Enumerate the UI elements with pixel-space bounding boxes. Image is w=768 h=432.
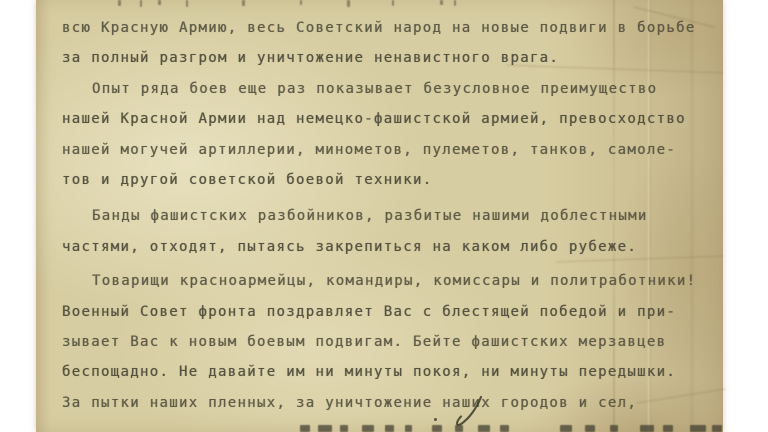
cutoff-text-fragment xyxy=(690,425,706,432)
text-line: беспощадно. Не давайте им ни минуты поко… xyxy=(62,357,710,387)
cutoff-text-fragment xyxy=(318,425,332,432)
text-line: нашей могучей артиллерии, минометов, пул… xyxy=(62,135,710,165)
cutoff-text-fragment xyxy=(340,425,348,432)
text-line: Опыт ряда боев еще раз показывает безусл… xyxy=(62,74,710,104)
text-line: за полный разгром и уничтожение ненавист… xyxy=(62,43,710,73)
cutoff-text-fragment xyxy=(478,425,490,432)
cutoff-text-fragment xyxy=(663,425,673,432)
cutoff-text-fragment xyxy=(455,425,463,432)
cutoff-text-fragment xyxy=(300,425,310,432)
text-line: зывает Вас к новым боевым подвигам. Бейт… xyxy=(62,327,710,357)
cutoff-text-fragment xyxy=(712,425,722,432)
text-line: За пытки наших пленных, за уничтожение н… xyxy=(62,388,710,418)
document-text: всю Красную Армию, весь Советский народ … xyxy=(62,0,710,418)
cutoff-text-fragment xyxy=(560,425,572,432)
text-line: Банды фашистских разбойников, разбитые н… xyxy=(62,201,710,231)
cutoff-text-fragment xyxy=(610,425,618,432)
cutoff-text-fragment xyxy=(405,425,412,432)
text-line: Товарищи красноармейцы, командиры, комис… xyxy=(62,266,710,296)
paragraph: Банды фашистских разбойников, разбитые н… xyxy=(62,201,710,262)
cutoff-text-fragment xyxy=(385,425,394,432)
text-line: частями, отходят, пытаясь закрепиться на… xyxy=(62,232,710,262)
paragraph: Товарищи красноармейцы, командиры, комис… xyxy=(62,266,710,418)
paragraph: Опыт ряда боев еще раз показывает безусл… xyxy=(62,74,710,196)
document-scan: всю Красную Армию, весь Советский народ … xyxy=(0,0,768,432)
cutoff-text-fragment xyxy=(500,425,509,432)
text-line: Военный Совет фронта поздравляет Вас с б… xyxy=(62,297,710,327)
cutoff-text-fragment xyxy=(585,425,595,432)
text-line: тов и другой советской боевой техники. xyxy=(62,165,710,195)
paragraph: всю Красную Армию, весь Советский народ … xyxy=(62,13,710,74)
ink-dot xyxy=(434,418,437,421)
cutoff-text-fragment xyxy=(362,425,374,432)
cutoff-text-fragment xyxy=(432,425,442,432)
text-line: всю Красную Армию, весь Советский народ … xyxy=(62,13,710,43)
text-line: нашей Красной Армии над немецко-фашистск… xyxy=(62,104,710,134)
document-page: всю Красную Армию, весь Советский народ … xyxy=(36,0,723,432)
cutoff-text-fragment xyxy=(640,425,654,432)
